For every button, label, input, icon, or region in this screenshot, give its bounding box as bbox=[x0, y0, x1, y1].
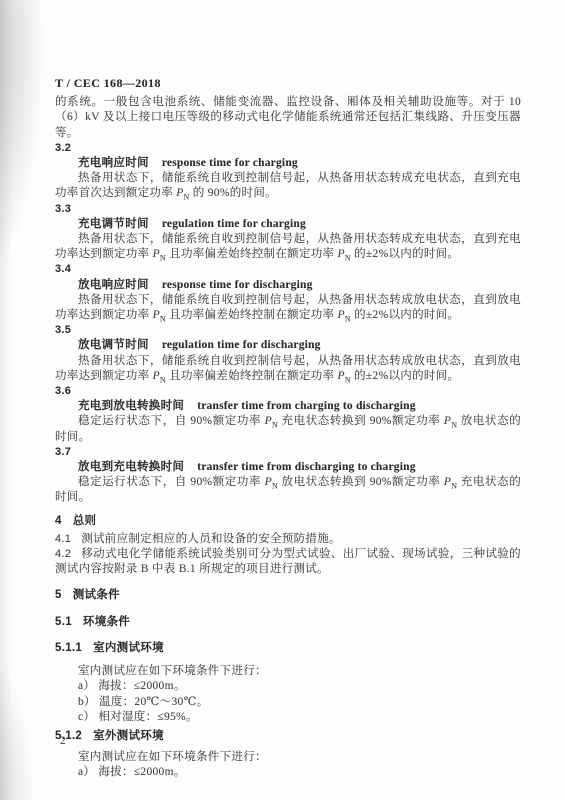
clause-number: 3.6 bbox=[55, 384, 521, 399]
term-section-3-5: 3.5 放电调节时间regulation time for dischargin… bbox=[55, 323, 521, 384]
term-title-en: regulation time for discharging bbox=[162, 339, 321, 351]
term-title-zh: 放电响应时间 bbox=[78, 279, 149, 291]
term-title: 充电响应时间response time for charging bbox=[55, 156, 521, 171]
clause-number: 4.1 bbox=[55, 533, 71, 545]
clause-text: 移动式电化学储能系统试验类别可分为型式试验、出厂试验、现场试验，三种试验的测试内… bbox=[55, 548, 521, 575]
term-title-en: transfer time from discharging to chargi… bbox=[197, 461, 415, 473]
indoor-conditions-intro: 室内测试应在如下环境条件下进行： bbox=[55, 664, 521, 679]
section-title: 测试条件 bbox=[73, 589, 120, 601]
term-title-en: regulation time for charging bbox=[162, 218, 306, 230]
term-definition: 稳定运行状态下，自 90%额定功率 PN 充电状态转换到 90%额定功率 PN … bbox=[55, 414, 521, 444]
section-number: 4 bbox=[55, 515, 62, 527]
section-5-heading: 5测试条件 bbox=[55, 588, 521, 603]
term-section-3-7: 3.7 放电到充电转换时间transfer time from discharg… bbox=[55, 445, 521, 506]
term-title: 充电调节时间regulation time for charging bbox=[55, 217, 521, 232]
standard-number-header: T / CEC 168—2018 bbox=[55, 76, 521, 91]
term-definition: 稳定运行状态下，自 90%额定功率 PN 放电状态转换到 90%额定功率 PN … bbox=[55, 475, 521, 505]
intro-paragraph: 的系统。一般包含电池系统、储能变流器、监控设备、厢体及相关辅助设施等。对于 10… bbox=[55, 95, 521, 141]
term-section-3-4: 3.4 放电响应时间response time for discharging … bbox=[55, 262, 521, 323]
term-definition: 热备用状态下，储能系统自收到控制信号起，从热备用状态转成充电状态，直到充电功率首… bbox=[55, 171, 521, 201]
section-5-1-1-heading: 5.1.1室内测试环境 bbox=[55, 641, 521, 656]
clause-4-1: 4.1测试前应制定相应的人员和设备的安全预防措施。 bbox=[55, 532, 521, 547]
clause-4-2: 4.2移动式电化学储能系统试验类别可分为型式试验、出厂试验、现场试验，三种试验的… bbox=[55, 547, 521, 577]
clause-number: 3.7 bbox=[55, 445, 521, 460]
term-title-zh: 放电调节时间 bbox=[78, 339, 149, 351]
document-page: T / CEC 168—2018 的系统。一般包含电池系统、储能变流器、监控设备… bbox=[0, 0, 565, 800]
list-item-altitude: a） 海拔：≤2000m。 bbox=[55, 765, 521, 780]
term-title: 充电到放电转换时间transfer time from charging to … bbox=[55, 399, 521, 414]
term-definition: 热备用状态下，储能系统自收到控制信号起，从热备用状态转成放电状态，直到放电功率达… bbox=[55, 354, 521, 384]
section-number: 5 bbox=[55, 589, 62, 601]
term-title-en: response time for discharging bbox=[162, 279, 313, 291]
term-title-zh: 充电调节时间 bbox=[78, 218, 149, 230]
term-title-zh: 放电到充电转换时间 bbox=[78, 461, 184, 473]
term-title-en: transfer time from charging to dischargi… bbox=[197, 400, 415, 412]
section-number: 5.1 bbox=[55, 616, 72, 628]
section-4-heading: 4总则 bbox=[55, 514, 521, 529]
term-section-3-3: 3.3 充电调节时间regulation time for charging 热… bbox=[55, 202, 521, 263]
page-number: 2 bbox=[60, 735, 66, 747]
list-item-temperature: b） 温度：20℃～30℃。 bbox=[55, 695, 521, 710]
term-title-zh: 充电响应时间 bbox=[78, 157, 149, 169]
clause-number: 3.4 bbox=[55, 262, 521, 277]
term-definition: 热备用状态下，储能系统自收到控制信号起，从热备用状态转成充电状态，直到充电功率达… bbox=[55, 232, 521, 262]
clause-text: 测试前应制定相应的人员和设备的安全预防措施。 bbox=[81, 533, 341, 545]
clause-number: 3.5 bbox=[55, 323, 521, 338]
term-title: 放电调节时间regulation time for discharging bbox=[55, 338, 521, 353]
term-title-en: response time for charging bbox=[162, 157, 298, 169]
term-title: 放电响应时间response time for discharging bbox=[55, 278, 521, 293]
page-content: T / CEC 168—2018 的系统。一般包含电池系统、储能变流器、监控设备… bbox=[55, 76, 521, 781]
scan-shadow-bottom-left bbox=[0, 580, 60, 800]
list-item-humidity: c） 相对湿度：≤95%。 bbox=[55, 710, 521, 725]
term-definition: 热备用状态下，储能系统自收到控制信号起，从热备用状态转成放电状态，直到放电功率达… bbox=[55, 293, 521, 323]
section-title: 室内测试环境 bbox=[93, 642, 164, 654]
section-title: 总则 bbox=[73, 515, 97, 527]
section-title: 环境条件 bbox=[83, 616, 130, 628]
section-5-1-2-heading: 5.1.2室外测试环境 bbox=[55, 729, 521, 744]
section-number: 5.1.1 bbox=[55, 642, 82, 654]
list-item-altitude: a） 海拔：≤2000m。 bbox=[55, 679, 521, 694]
section-5-1-heading: 5.1环境条件 bbox=[55, 615, 521, 630]
section-title: 室外测试环境 bbox=[93, 730, 164, 742]
term-section-3-2: 3.2 充电响应时间response time for charging 热备用… bbox=[55, 141, 521, 202]
clause-number: 3.3 bbox=[55, 202, 521, 217]
term-title: 放电到充电转换时间transfer time from discharging … bbox=[55, 460, 521, 475]
clause-number: 3.2 bbox=[55, 141, 521, 156]
clause-number: 4.2 bbox=[55, 548, 71, 560]
outdoor-conditions-intro: 室内测试应在如下环境条件下进行： bbox=[55, 750, 521, 765]
term-section-3-6: 3.6 充电到放电转换时间transfer time from charging… bbox=[55, 384, 521, 445]
term-title-zh: 充电到放电转换时间 bbox=[78, 400, 184, 412]
scan-shadow-left-edge bbox=[0, 0, 12, 800]
